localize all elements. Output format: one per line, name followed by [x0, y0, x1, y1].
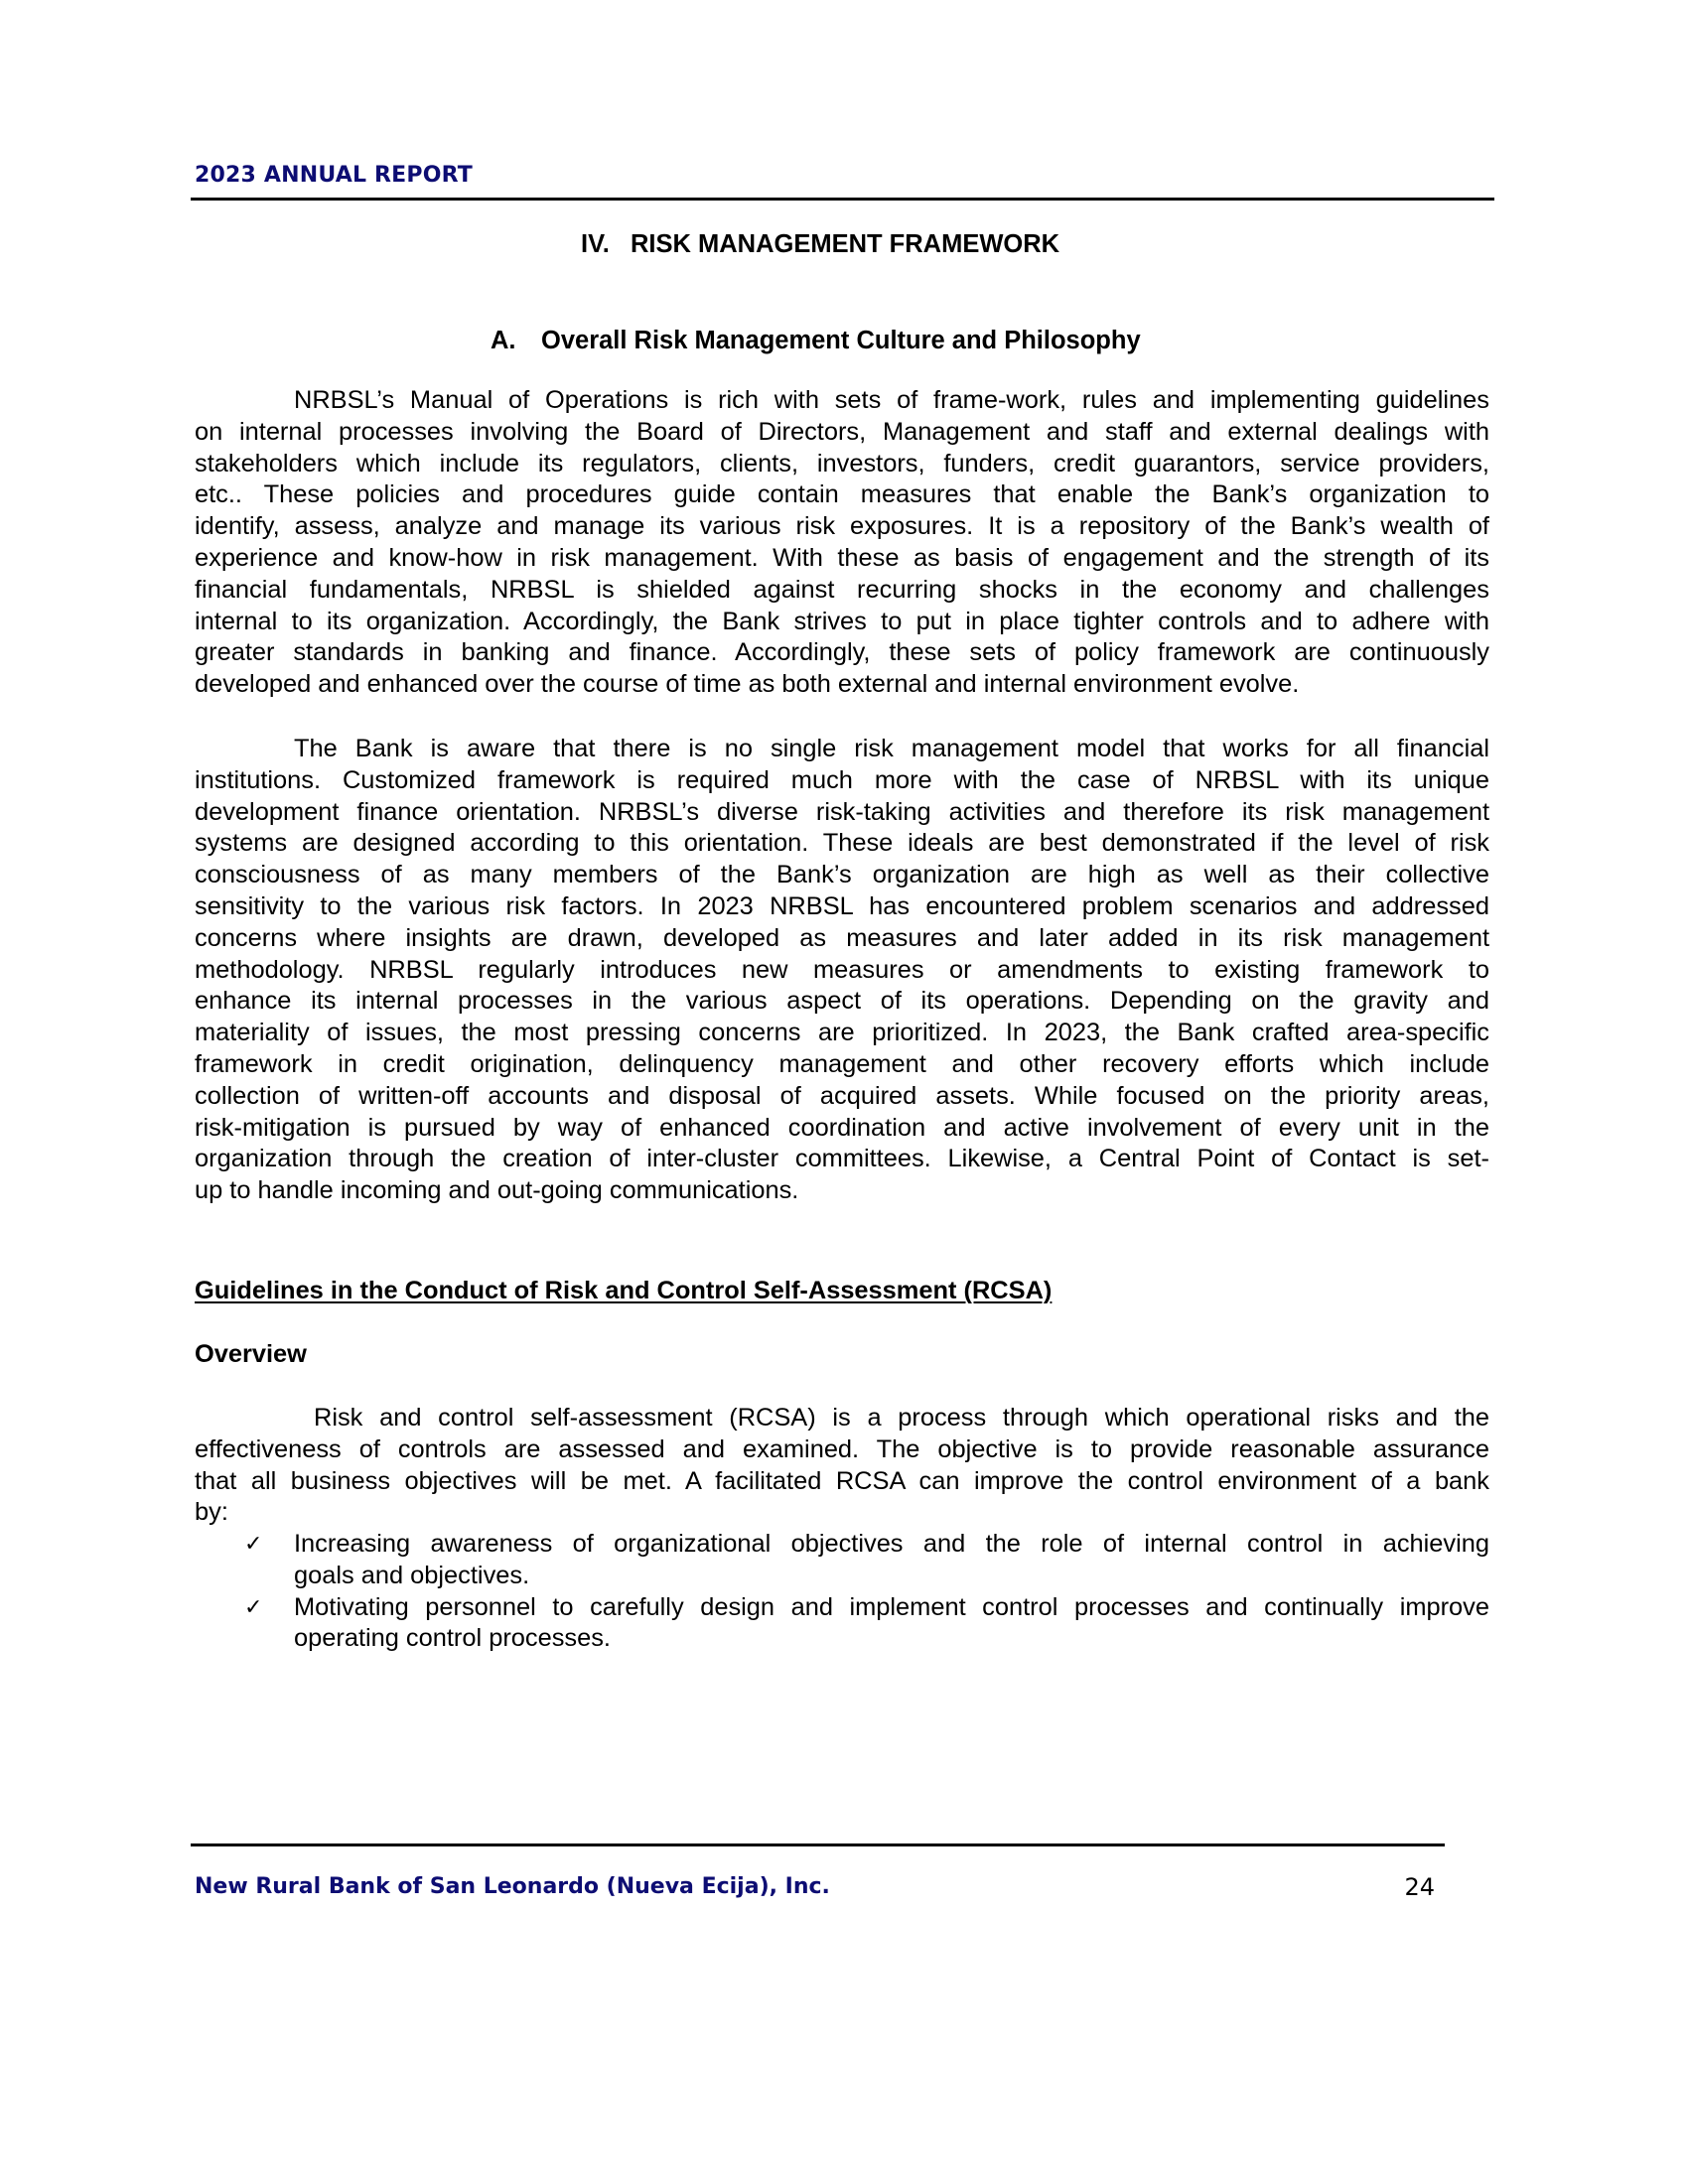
- rcsa-benefits-list: ✓Increasing awareness of organizational …: [195, 1529, 1489, 1655]
- paragraph-line: that all business objectives will be met…: [195, 1466, 1489, 1498]
- paragraph-line: operating control processes.: [294, 1623, 1489, 1655]
- paragraph-line: up to handle incoming and out-going comm…: [195, 1175, 1489, 1207]
- paragraph-line: financial fundamentals, NRBSL is shielde…: [195, 575, 1489, 607]
- header-rule: [191, 198, 1494, 201]
- paragraph-line: goals and objectives.: [294, 1561, 1489, 1592]
- paragraph-line: experience and know-how in risk manageme…: [195, 543, 1489, 575]
- paragraph-line: identify, assess, analyze and manage its…: [195, 511, 1489, 543]
- paragraph-line: organization through the creation of int…: [195, 1144, 1489, 1175]
- paragraph-line: Risk and control self-assessment (RCSA) …: [195, 1403, 1489, 1434]
- paragraph-line: stakeholders which include its regulator…: [195, 449, 1489, 480]
- paragraph-line: materiality of issues, the most pressing…: [195, 1018, 1489, 1049]
- document-page: 2023 ANNUAL REPORT IV.RISK MANAGEMENT FR…: [0, 0, 1688, 2184]
- paragraph-risk-model: The Bank is aware that there is no singl…: [195, 734, 1489, 1207]
- paragraph-line: concerns where insights are drawn, devel…: [195, 923, 1489, 955]
- paragraph-rcsa-intro: Risk and control self-assessment (RCSA) …: [195, 1403, 1489, 1529]
- paragraph-line: etc.. These policies and procedures guid…: [195, 479, 1489, 511]
- list-item-text: Motivating personnel to carefully design…: [294, 1592, 1489, 1656]
- list-item: ✓Motivating personnel to carefully desig…: [195, 1592, 1489, 1656]
- section-number: IV.: [581, 227, 631, 261]
- paragraph-line: internal to its organization. Accordingl…: [195, 607, 1489, 638]
- paragraph-line: consciousness of as many members of the …: [195, 860, 1489, 891]
- paragraph-line: risk-mitigation is pursued by way of enh…: [195, 1113, 1489, 1145]
- footer-organization-name: New Rural Bank of San Leonardo (Nueva Ec…: [195, 1872, 830, 1902]
- paragraph-line: NRBSL’s Manual of Operations is rich wit…: [195, 385, 1489, 417]
- paragraph-line: collection of written-off accounts and d…: [195, 1081, 1489, 1113]
- paragraph-line: Motivating personnel to carefully design…: [294, 1592, 1489, 1624]
- paragraph-line: on internal processes involving the Boar…: [195, 417, 1489, 449]
- running-header-title: 2023 ANNUAL REPORT: [195, 161, 473, 191]
- paragraph-line: sensitivity to the various risk factors.…: [195, 891, 1489, 923]
- paragraph-line: institutions. Customized framework is re…: [195, 765, 1489, 797]
- subsection-title: Overall Risk Management Culture and Phil…: [541, 327, 1141, 354]
- list-item: ✓Increasing awareness of organizational …: [195, 1529, 1489, 1592]
- paragraph-line: framework in credit origination, delinqu…: [195, 1049, 1489, 1081]
- section-title: RISK MANAGEMENT FRAMEWORK: [631, 230, 1059, 258]
- paragraph-line: The Bank is aware that there is no singl…: [195, 734, 1489, 765]
- paragraph-line: by:: [195, 1497, 1489, 1529]
- paragraph-culture-philosophy: NRBSL’s Manual of Operations is rich wit…: [195, 385, 1489, 701]
- checkmark-icon: ✓: [244, 1529, 262, 1561]
- paragraph-line: systems are designed according to this o…: [195, 828, 1489, 860]
- checkmark-icon: ✓: [244, 1592, 262, 1624]
- paragraph-line: greater standards in banking and finance…: [195, 637, 1489, 669]
- paragraph-line: development finance orientation. NRBSL’s…: [195, 797, 1489, 829]
- overview-heading: Overview: [195, 1338, 307, 1370]
- paragraph-line: methodology. NRBSL regularly introduces …: [195, 955, 1489, 987]
- paragraph-line: developed and enhanced over the course o…: [195, 669, 1489, 701]
- paragraph-line: Increasing awareness of organizational o…: [294, 1529, 1489, 1561]
- list-item-text: Increasing awareness of organizational o…: [294, 1529, 1489, 1592]
- rcsa-section-heading: Guidelines in the Conduct of Risk and Co…: [195, 1275, 1052, 1306]
- page-number: 24: [1404, 1872, 1435, 1902]
- paragraph-line: effectiveness of controls are assessed a…: [195, 1434, 1489, 1466]
- footer-rule: [191, 1843, 1445, 1846]
- subsection-letter: A.: [491, 324, 541, 357]
- paragraph-line: enhance its internal processes in the va…: [195, 986, 1489, 1018]
